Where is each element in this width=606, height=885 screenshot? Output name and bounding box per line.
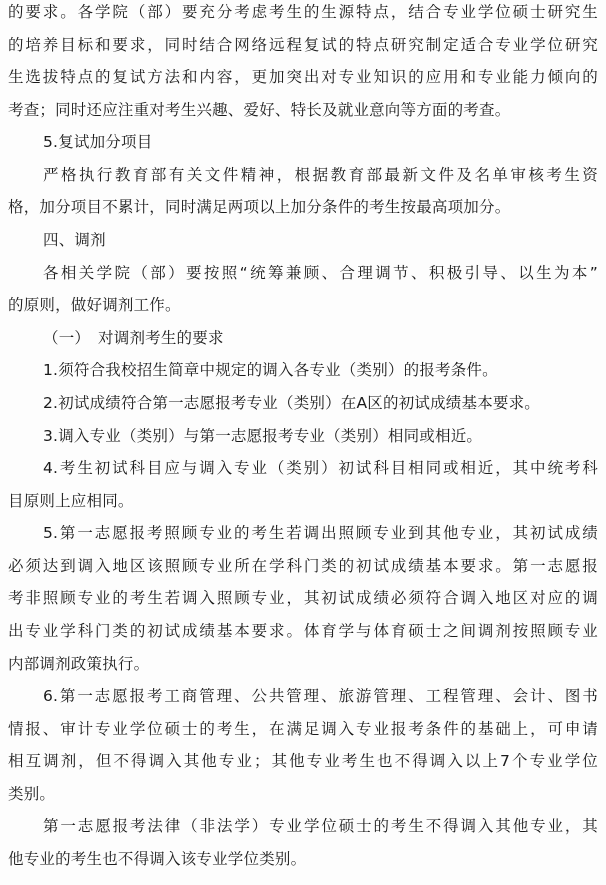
text-line: 格，加分项目不累计，同时满足两项以上加分条件的考生按最高项加分。 [8, 191, 598, 224]
text-line: 考查；同时还应注重对考生兴趣、爱好、特长及就业意向等方面的考查。 [8, 94, 598, 127]
text-line: 出专业学科门类的初试成绩基本要求。体育学与体育硕士之间调剂按照顾专业 [8, 615, 598, 648]
text-line: 的培养目标和要求，同时结合网络远程复试的特点研究制定适合专业学位研究 [8, 29, 598, 62]
text-line: 类别。 [8, 778, 598, 811]
text-line: 考非照顾专业的考生若调入照顾专业，其初试成绩必须符合调入地区对应的调 [8, 582, 598, 615]
text-line: 的原则，做好调剂工作。 [8, 289, 598, 322]
text-line: 目原则上应相同。 [8, 485, 598, 518]
section-heading: 5.复试加分项目 [8, 126, 598, 159]
text-line: 各相关学院（部）要按照“统筹兼顾、合理调节、积极引导、以生为本” [8, 257, 598, 290]
list-item: 6.第一志愿报考工商管理、公共管理、旅游管理、工程管理、会计、图书 [8, 680, 598, 713]
document-body: 的要求。各学院（部）要充分考虑考生的生源特点，结合专业学位硕士研究生 的培养目标… [8, 0, 598, 876]
section-heading: （一） 对调剂考生的要求 [8, 322, 598, 355]
text-line: 的要求。各学院（部）要充分考虑考生的生源特点，结合专业学位硕士研究生 [8, 0, 598, 29]
text-line: 他专业的考生也不得调入该专业学位类别。 [8, 843, 598, 876]
list-item: 1.须符合我校招生简章中规定的调入各专业（类别）的报考条件。 [8, 354, 598, 387]
list-item: 2.初试成绩符合第一志愿报考专业（类别）在A区的初试成绩基本要求。 [8, 387, 598, 420]
list-item: 4.考生初试科目应与调入专业（类别）初试科目相同或相近，其中统考科 [8, 452, 598, 485]
document-page: 的要求。各学院（部）要充分考虑考生的生源特点，结合专业学位硕士研究生 的培养目标… [0, 0, 606, 885]
text-line: 相互调剂，但不得调入其他专业；其他专业考生也不得调入以上7个专业学位 [8, 745, 598, 778]
list-item: 5.第一志愿报考照顾专业的考生若调出照顾专业到其他专业，其初试成绩 [8, 517, 598, 550]
text-line: 第一志愿报考法律（非法学）专业学位硕士的考生不得调入其他专业，其 [8, 810, 598, 843]
text-line: 生选拔特点的复试方法和内容，更加突出对专业知识的应用和专业能力倾向的 [8, 61, 598, 94]
text-line: 内部调剂政策执行。 [8, 648, 598, 681]
section-heading: 四、调剂 [8, 224, 598, 257]
text-line: 情报、审计专业学位硕士的考生，在满足调入专业报考条件的基础上，可申请 [8, 713, 598, 746]
text-line: 严格执行教育部有关文件精神，根据教育部最新文件及名单审核考生资 [8, 159, 598, 192]
list-item: 3.调入专业（类别）与第一志愿报考专业（类别）相同或相近。 [8, 420, 598, 453]
text-line: 必须达到调入地区该照顾专业所在学科门类的初试成绩基本要求。第一志愿报 [8, 550, 598, 583]
